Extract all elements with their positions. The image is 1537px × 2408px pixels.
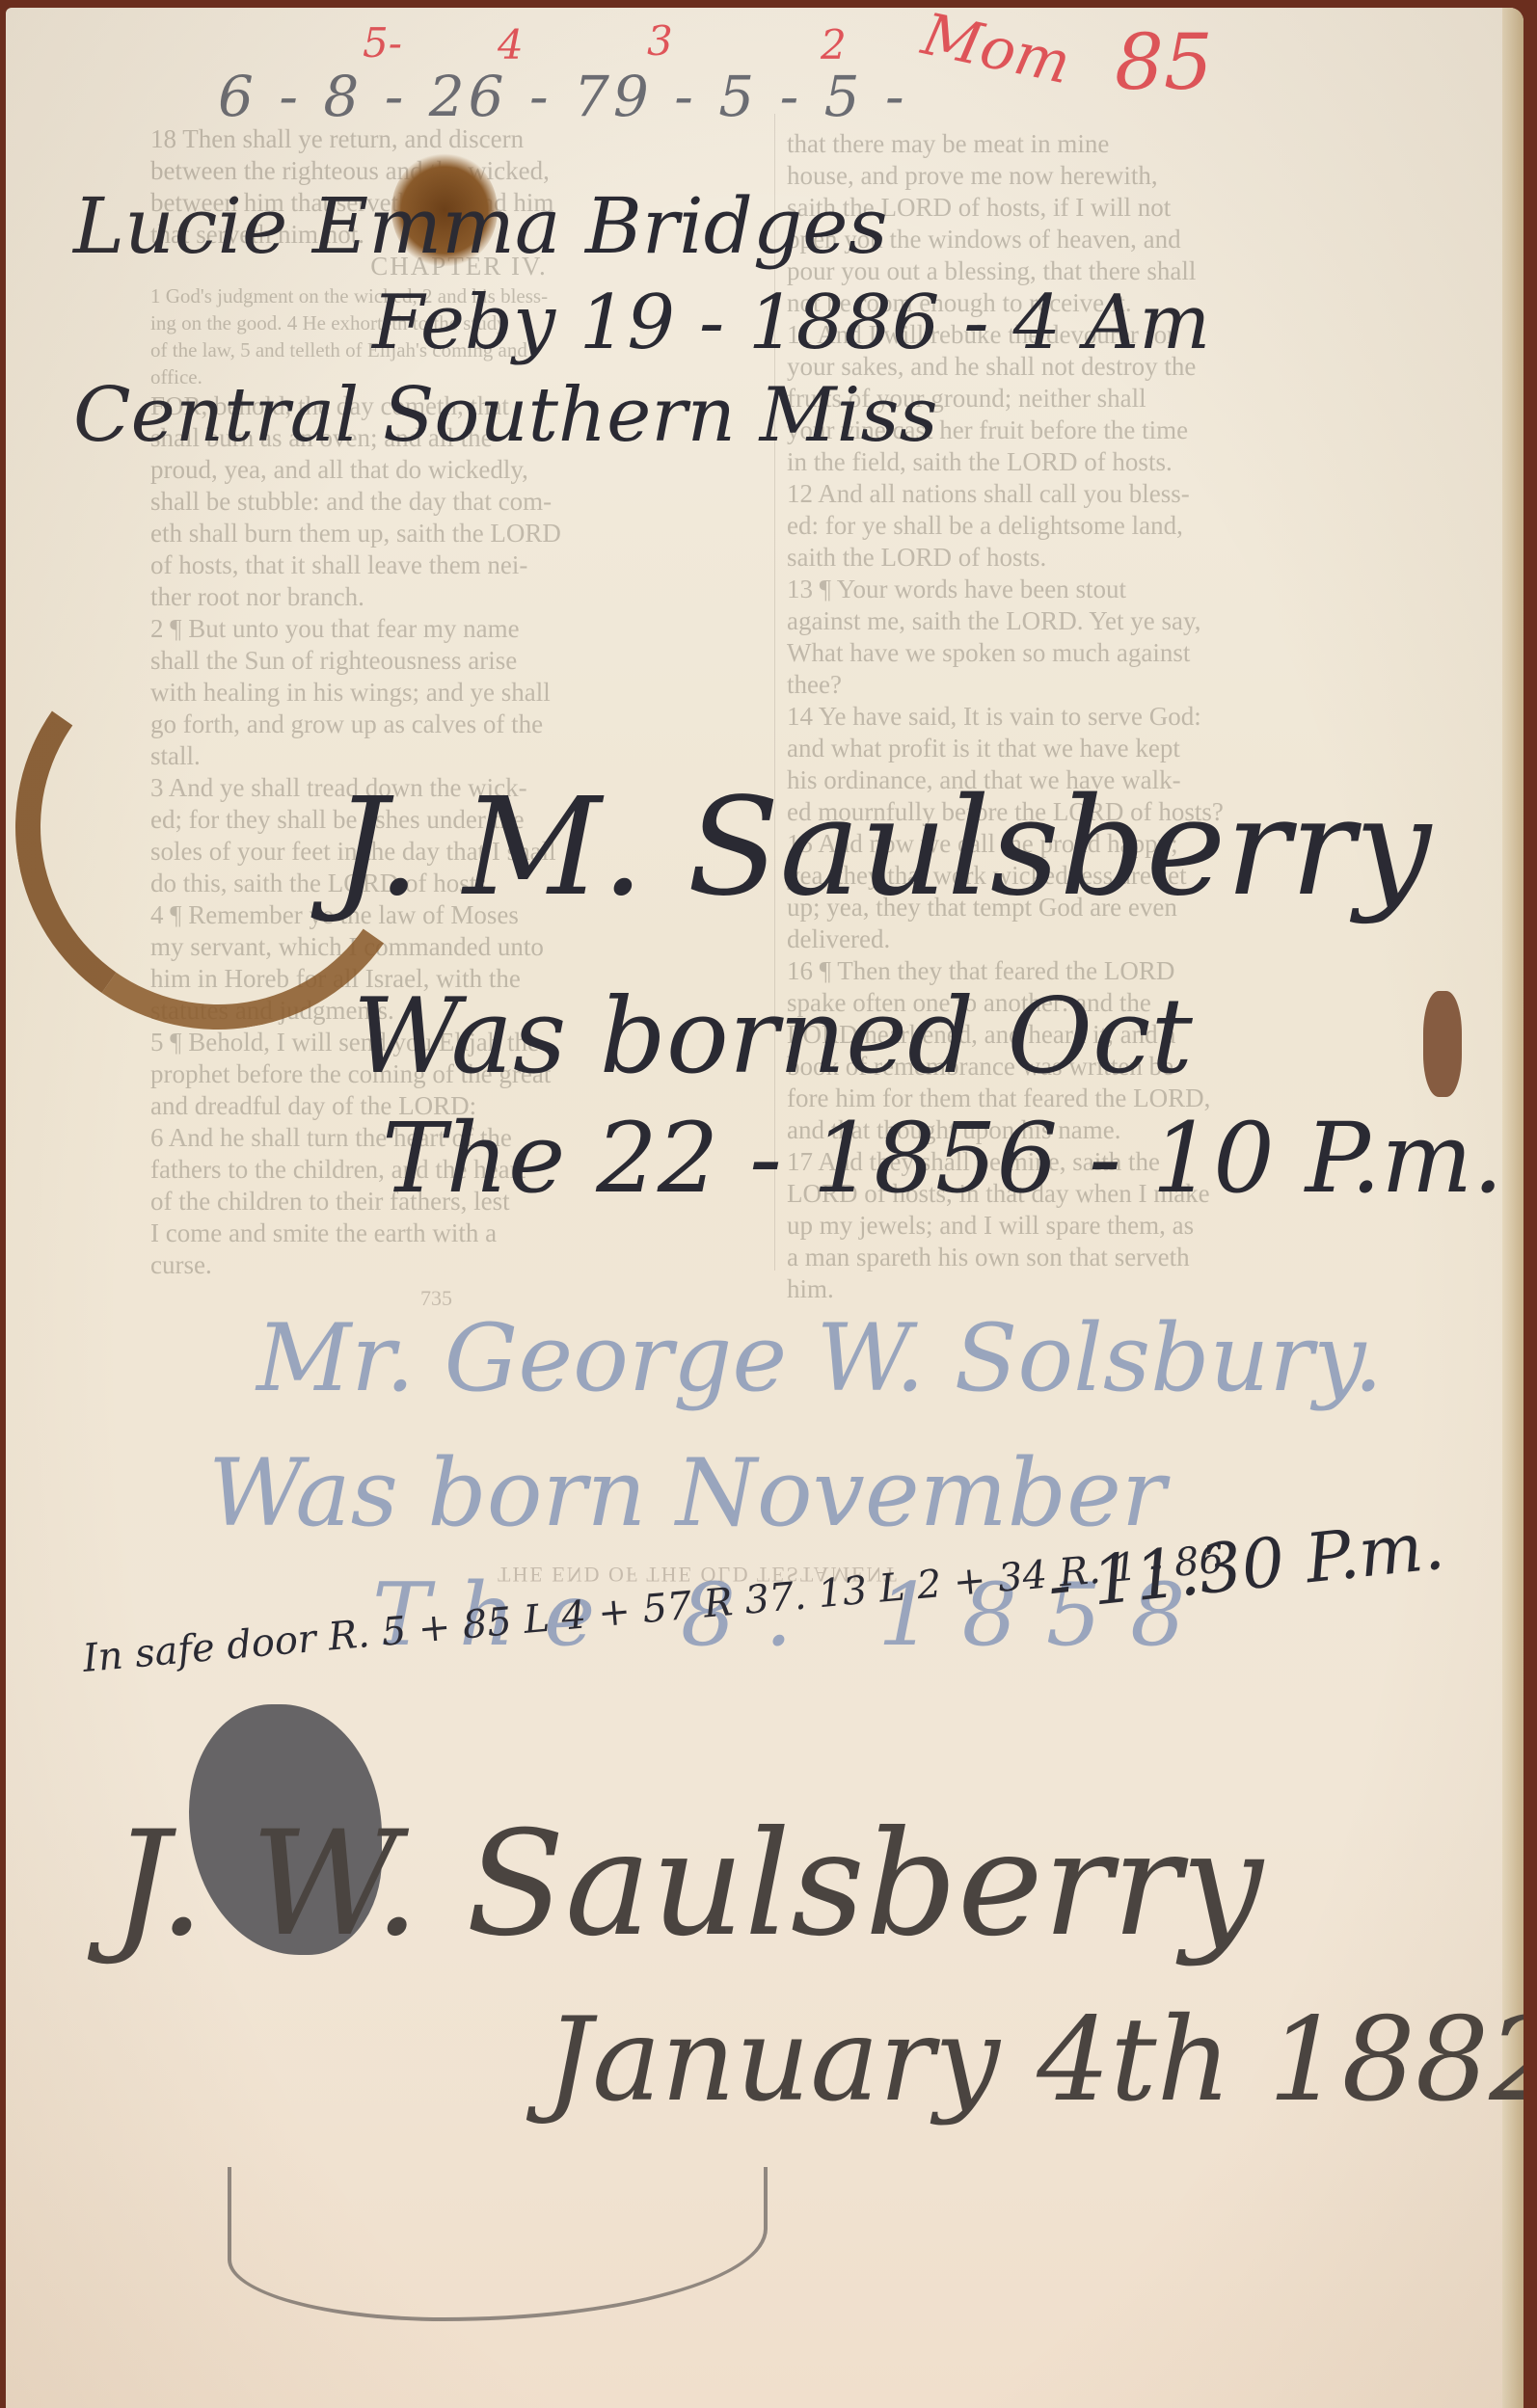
printed-line: of hosts, that it shall leave them nei- <box>150 549 768 581</box>
printed-line: 12 And all nations shall call you bless- <box>787 478 1452 510</box>
printed-line: ed: for ye shall be a delightsome land, <box>787 510 1452 542</box>
printed-line: I come and smite the earth with a <box>150 1217 768 1249</box>
red-mark: 85 <box>1115 17 1213 107</box>
printed-line: eth shall burn them up, saith the LORD <box>150 518 768 549</box>
printed-line: shall be stubble: and the day that com- <box>150 486 768 518</box>
red-number: 3 <box>647 17 673 65</box>
red-number: 5- <box>363 19 402 67</box>
entry-jm-born: Was borned Oct <box>353 977 1193 1097</box>
signature-date: January 4th 1882 <box>546 1993 1524 2127</box>
printed-line: ther root nor branch. <box>150 581 768 613</box>
entry-lucie-place: Central Southern Miss <box>73 372 938 459</box>
printed-line: delivered. <box>787 923 1452 955</box>
entry-george-name: Mr. George W. Solsbury. <box>256 1304 1383 1412</box>
entry-jm-date: The 22 - 1856 - 10 P.m. <box>382 1102 1503 1215</box>
entry-george-born: Was born November <box>208 1439 1166 1547</box>
entry-lucie-name: Lucie Emma Bridges <box>73 181 888 271</box>
red-word: Mom <box>916 8 1076 97</box>
printed-line: What have we spoken so much against <box>787 637 1452 669</box>
entry-jm-name: J. M. Saulsberry <box>334 769 1431 926</box>
red-number: 2 <box>821 21 847 68</box>
printed-line: that there may be meat in mine <box>787 128 1452 160</box>
bible-page: 18 Then shall ye return, and discern bet… <box>6 8 1524 2408</box>
signature-flourish <box>228 2167 768 2321</box>
printed-line: curse. <box>150 1249 768 1281</box>
printed-line: 13 ¶ Your words have been stout <box>787 574 1452 605</box>
printed-line: a man spareth his own son that serveth <box>787 1242 1452 1273</box>
printed-line: against me, saith the LORD. Yet ye say, <box>787 605 1452 637</box>
red-number: 4 <box>498 21 524 68</box>
printed-line: saith the LORD of hosts. <box>787 542 1452 574</box>
rust-stain <box>1423 991 1462 1097</box>
printed-line: 14 Ye have said, It is vain to serve God… <box>787 701 1452 733</box>
entry-lucie-date: Feby 19 - 1886 - 4 Am <box>372 280 1210 366</box>
printed-line: and what profit is it that we have kept <box>787 733 1452 764</box>
signature-name: J. W. Saulsberry <box>112 1801 1263 1968</box>
pencil-number-line: 6 - 8 - 26 - 79 - 5 - 5 - <box>218 64 908 129</box>
printed-line: thee? <box>787 669 1452 701</box>
printed-line: him. <box>787 1273 1452 1305</box>
